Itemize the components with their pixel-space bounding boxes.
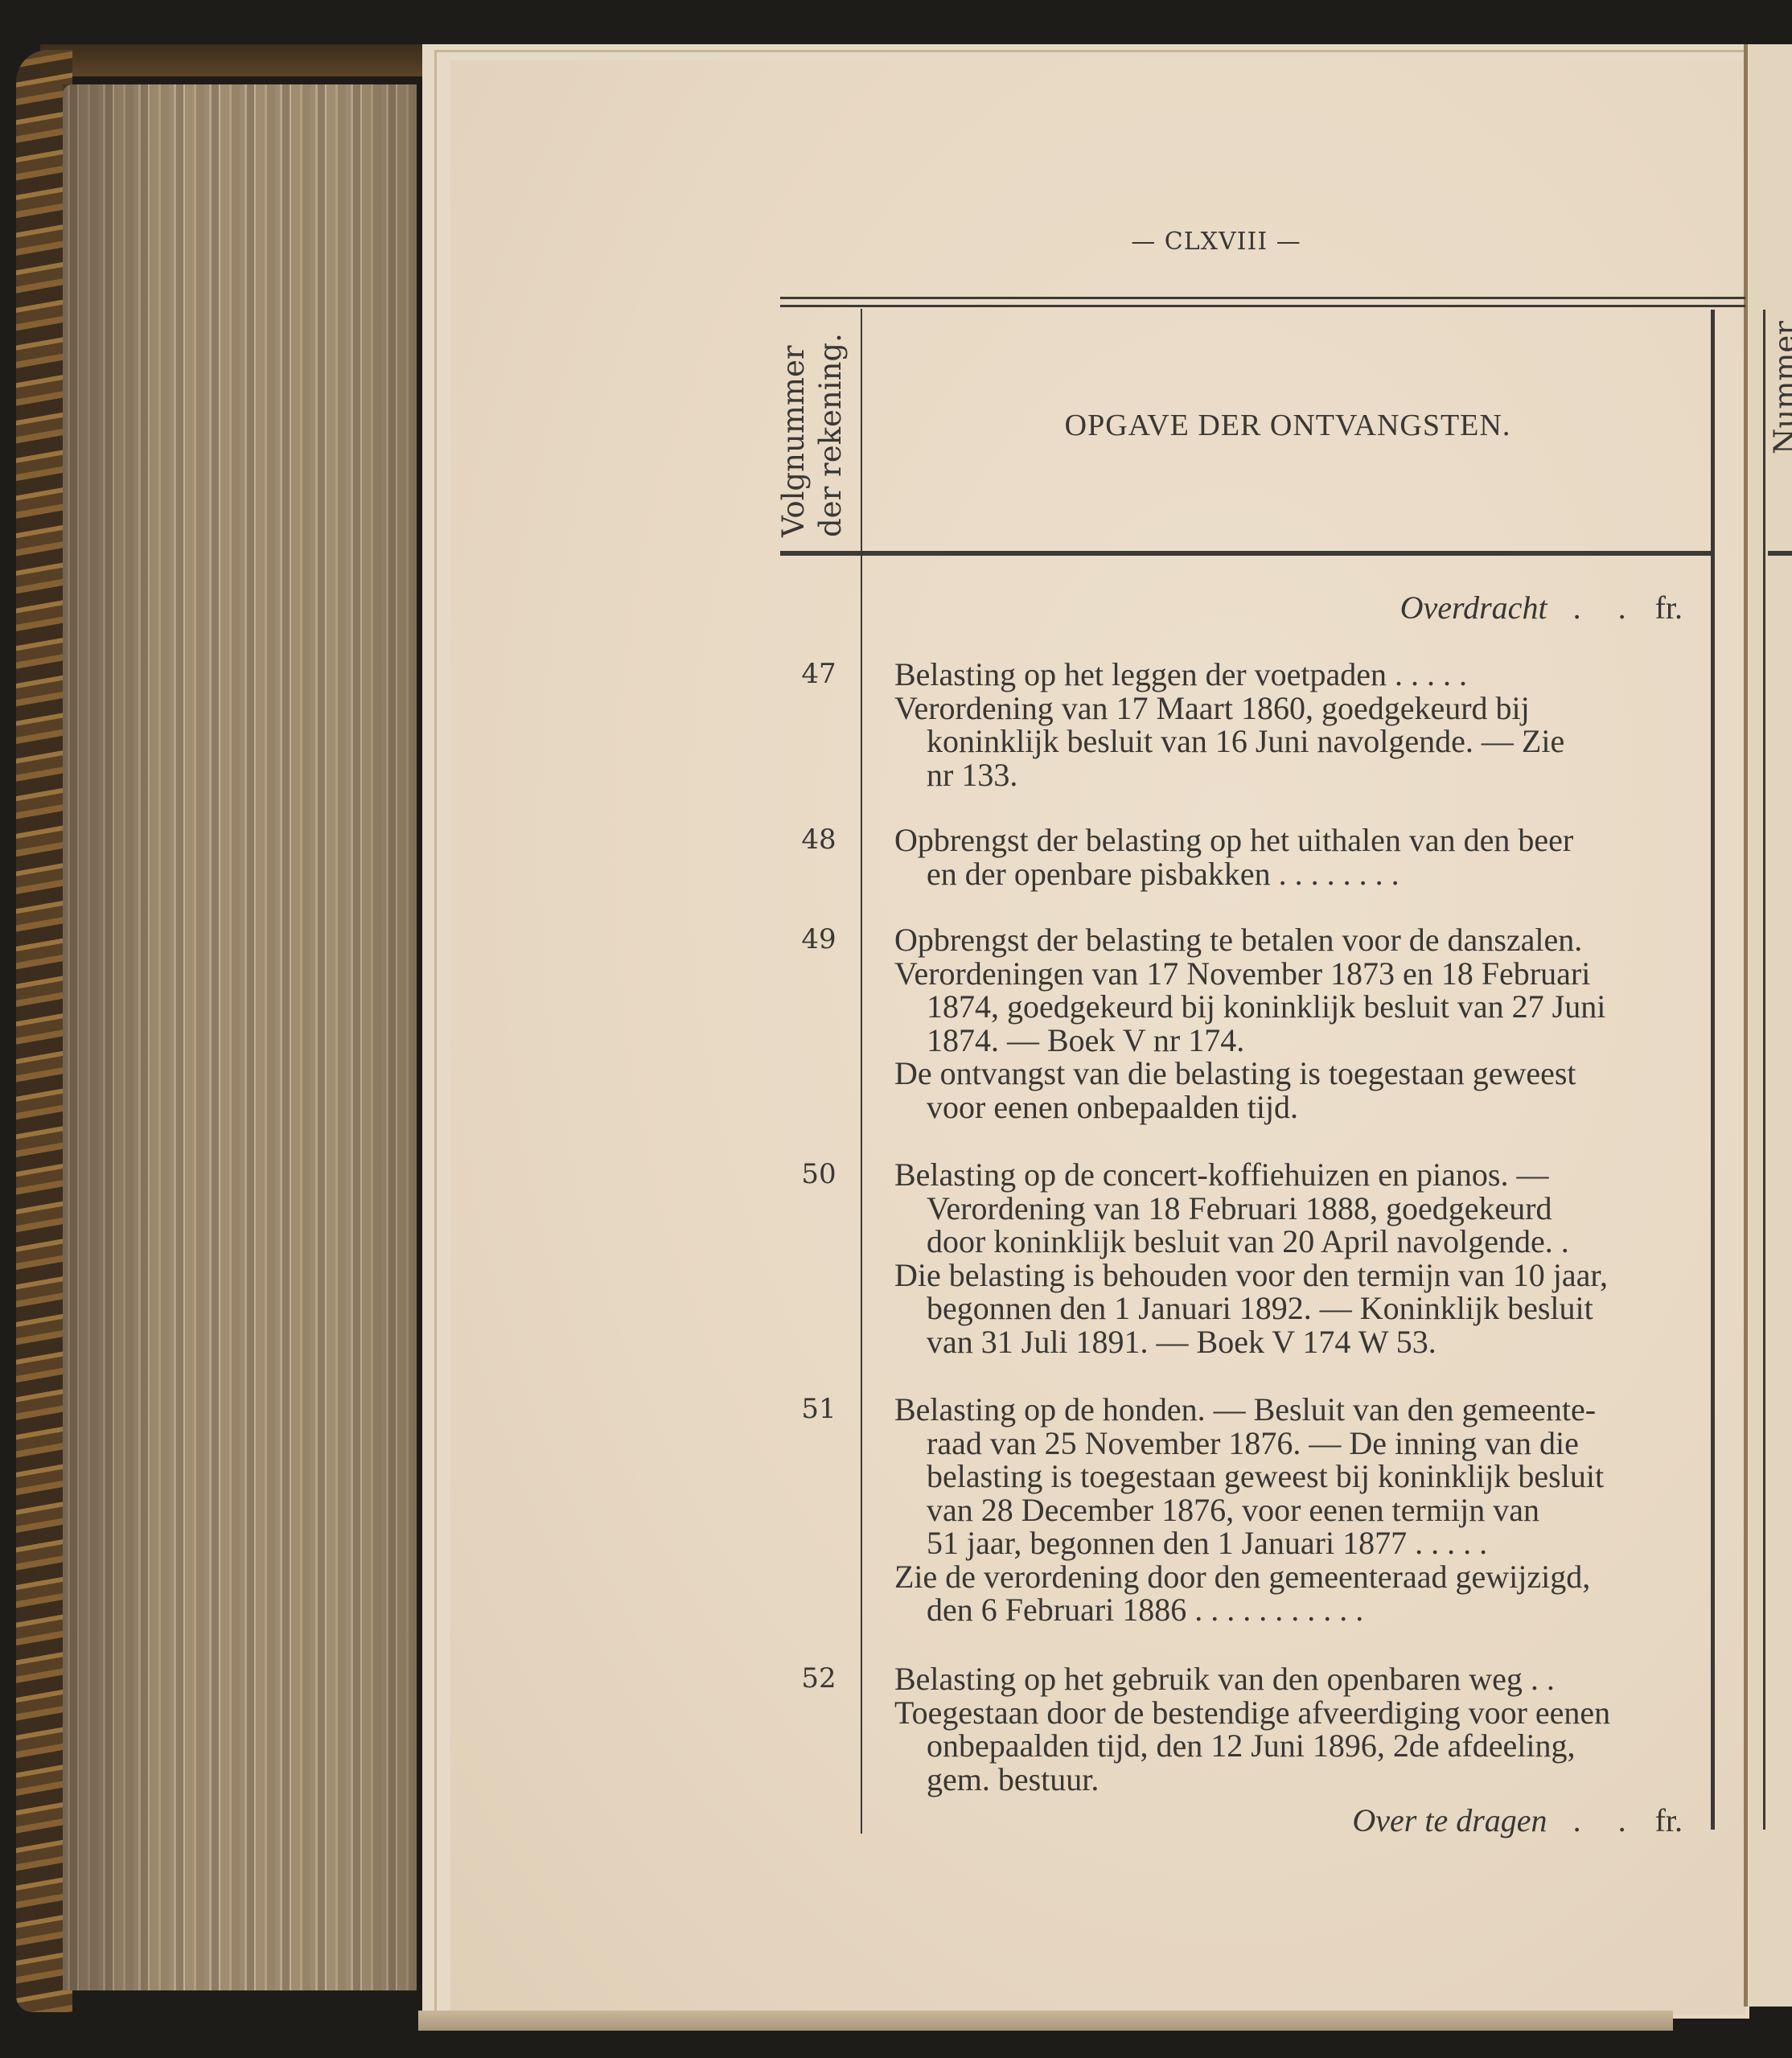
facing-header-thick-rule: [1768, 551, 1792, 556]
entry-line: door koninklijk besluit van 20 April nav…: [894, 1225, 1683, 1259]
entry-line: onbepaalden tijd, den 12 Juni 1896, 2de …: [894, 1729, 1683, 1763]
carry-in-label: Overdracht: [1400, 589, 1547, 626]
entry-line: 51 jaar, begonnen den 1 Januari 1877 . .…: [894, 1526, 1683, 1560]
header-double-rule-top: [780, 297, 1745, 299]
entry-line: 1874, goedgekeurd bij koninklijk besluit…: [894, 990, 1683, 1024]
entry-line: voor eenen onbepaalden tijd.: [894, 1091, 1683, 1124]
facing-header-nummer: Nummer: [1768, 321, 1792, 454]
entry-line: 1874. — Boek V nr 174.: [894, 1024, 1683, 1058]
entry-line: Verordening van 17 Maart 1860, goedgekeu…: [894, 692, 1683, 725]
header-volgnummer: Volgnummer: [779, 345, 808, 537]
entry-47: Belasting op het leggen der voetpaden . …: [894, 658, 1683, 791]
entry-line: Die belasting is behouden voor den termi…: [894, 1259, 1683, 1292]
entry-line: nr 133.: [894, 758, 1683, 792]
entry-line: raad van 25 November 1876. — De inning v…: [894, 1427, 1683, 1460]
carry-in-currency: fr.: [1655, 589, 1683, 626]
entry-line: Verordeningen van 17 November 1873 en 18…: [894, 957, 1683, 991]
entry-51: Belasting op de honden. — Besluit van de…: [894, 1393, 1683, 1627]
entry-line: en der openbare pisbakken . . . . . . . …: [894, 857, 1683, 891]
entry-line: den 6 Februari 1886 . . . . . . . . . . …: [894, 1593, 1683, 1627]
entry-number: 47: [795, 658, 843, 690]
header-double-rule-bottom: [780, 305, 1745, 307]
entry-line: Verordening van 18 Februari 1888, goedge…: [894, 1192, 1683, 1226]
entry-48: Opbrengst der belasting op het uithalen …: [894, 824, 1683, 890]
entry-line: Opbrengst der belasting op het uithalen …: [894, 824, 1683, 857]
column-divider: [861, 309, 862, 1834]
entry-52: Belasting op het gebruik van den openbar…: [894, 1662, 1683, 1796]
entry-number: 48: [795, 824, 843, 856]
carry-out-label: Over te dragen: [1352, 1802, 1547, 1838]
carry-out-row: Over te dragen . . fr.: [1352, 1801, 1683, 1839]
entry-line: Belasting op het gebruik van den openbar…: [894, 1662, 1683, 1696]
page-number-text: — CLXVIII —: [1131, 228, 1301, 256]
carry-in-dots: . .: [1573, 589, 1641, 626]
entry-line: van 28 December 1876, voor eenen termijn…: [894, 1493, 1683, 1527]
entry-50: Belasting op de concert-koffiehuizen en …: [894, 1158, 1683, 1358]
facing-table-left-border: [1763, 310, 1765, 1830]
carry-out-dots: . .: [1573, 1802, 1641, 1838]
entry-line: koninklijk besluit van 16 Juni navolgend…: [894, 725, 1683, 758]
entry-line: gem. bestuur.: [894, 1763, 1683, 1797]
entry-49: Opbrengst der belasting te betalen voor …: [894, 923, 1683, 1123]
entry-line: begonnen den 1 Januari 1892. — Koninklij…: [894, 1292, 1683, 1325]
entry-number: 51: [795, 1393, 843, 1425]
entry-line: Belasting op het leggen der voetpaden . …: [894, 658, 1683, 692]
entry-line: Zie de verordening door den gemeenteraad…: [894, 1560, 1683, 1594]
entry-line: De ontvangst van die belasting is toeges…: [894, 1057, 1683, 1091]
page-fold-line: [1744, 44, 1746, 2007]
entry-number: 52: [795, 1662, 843, 1694]
page-block-shading: [63, 84, 417, 1990]
entry-number: 50: [795, 1158, 843, 1190]
header-der-rekening: der rekening.: [816, 333, 845, 537]
table-right-border: [1711, 310, 1715, 1830]
entry-line: belasting is toegestaan geweest bij koni…: [894, 1460, 1683, 1493]
entry-line: Belasting op de concert-koffiehuizen en …: [894, 1158, 1683, 1192]
entry-line: Opbrengst der belasting te betalen voor …: [894, 923, 1683, 957]
entry-number: 49: [795, 923, 843, 955]
header-title: OPGAVE DER ONTVANGSTEN.: [865, 408, 1711, 443]
page-bottom-edges: [418, 2011, 1673, 2031]
entry-line: van 31 Juli 1891. — Boek V 174 W 53.: [894, 1325, 1683, 1359]
carry-in-row: Overdracht . . fr.: [1400, 589, 1683, 626]
entry-line: Toegestaan door de bestendige afveerdigi…: [894, 1696, 1683, 1730]
carry-out-currency: fr.: [1655, 1802, 1683, 1838]
header-thick-rule: [780, 551, 1711, 556]
entry-line: Belasting op de honden. — Besluit van de…: [894, 1393, 1683, 1427]
